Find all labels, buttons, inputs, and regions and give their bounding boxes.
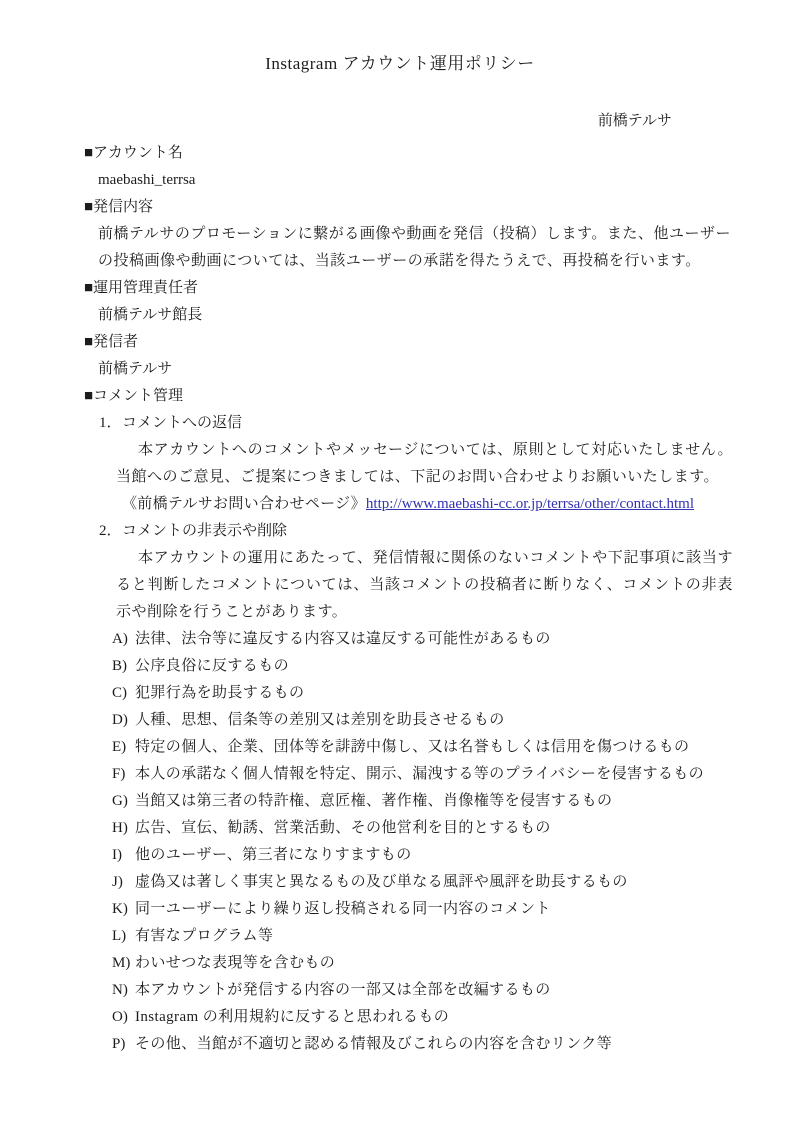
prohibited-item-letter: N) xyxy=(112,977,135,1004)
prohibited-item-text: Instagram の利用規約に反すると思われるもの xyxy=(135,1004,449,1031)
comment-hide-delete-number: 2． xyxy=(99,518,122,545)
prohibited-item-text: 公序良俗に反するもの xyxy=(135,653,289,680)
prohibited-item-text: 人種、思想、信条等の差別又は差別を助長させるもの xyxy=(135,707,505,734)
prohibited-item-text: 犯罪行為を助長するもの xyxy=(135,680,304,707)
prohibited-item: M) わいせつな表現等を含むもの xyxy=(112,950,800,977)
prohibited-item-letter: F) xyxy=(112,761,135,788)
subsection-comment-hide-delete: 2． コメントの非表示や削除 本アカウントの運用にあたって、発信情報に関係のない… xyxy=(0,518,800,1058)
prohibited-item-letter: A) xyxy=(112,626,135,653)
prohibited-item-letter: B) xyxy=(112,653,135,680)
prohibited-item: H) 広告、宣伝、勧誘、営業活動、その他営利を目的とするもの xyxy=(112,815,800,842)
prohibited-item-letter: O) xyxy=(112,1004,135,1031)
contact-link-line: 《前橋テルサお問い合わせページ》http://www.maebashi-cc.o… xyxy=(122,491,800,518)
prohibited-item-text: わいせつな表現等を含むもの xyxy=(135,950,335,977)
prohibited-item: K) 同一ユーザーにより繰り返し投稿される同一内容のコメント xyxy=(112,896,800,923)
contact-link-label: 《前橋テルサお問い合わせページ》 xyxy=(122,496,366,512)
comment-reply-title: コメントへの返信 xyxy=(122,410,242,437)
comment-hide-delete-title-line: 2． コメントの非表示や削除 xyxy=(99,518,800,545)
prohibited-item: J) 虚偽又は著しく事実と異なるもの及び単なる風評や風評を助長するもの xyxy=(112,869,800,896)
prohibited-item: N) 本アカウントが発信する内容の一部又は全部を改編するもの xyxy=(112,977,800,1004)
prohibited-item: G) 当館又は第三者の特許権、意匠権、著作権、肖像権等を侵害するもの xyxy=(112,788,800,815)
prohibited-item-text: 本人の承諾なく個人情報を特定、開示、漏洩する等のプライバシーを侵害するもの xyxy=(135,761,704,788)
prohibited-item-letter: D) xyxy=(112,707,135,734)
prohibited-item-text: 同一ユーザーにより繰り返し投稿される同一内容のコメント xyxy=(135,896,551,923)
account-name-value: maebashi_terrsa xyxy=(98,167,800,194)
prohibited-item: L) 有害なプログラム等 xyxy=(112,923,800,950)
prohibited-item-letter: I) xyxy=(112,842,135,869)
prohibited-item: E) 特定の個人、企業、団体等を誹謗中傷し、又は名誉もしくは信用を傷つけるもの xyxy=(112,734,800,761)
prohibited-item-text: 特定の個人、企業、団体等を誹謗中傷し、又は名誉もしくは信用を傷つけるもの xyxy=(135,734,689,761)
prohibited-item-text: 本アカウントが発信する内容の一部又は全部を改編するもの xyxy=(135,977,551,1004)
subsection-comment-reply: 1． コメントへの返信 本アカウントへのコメントやメッセージについては、原則とし… xyxy=(0,410,800,518)
document-title: Instagram アカウント運用ポリシー xyxy=(0,0,800,75)
prohibited-item-text: 広告、宣伝、勧誘、営業活動、その他営利を目的とするもの xyxy=(135,815,551,842)
prohibited-item-text: 有害なプログラム等 xyxy=(135,923,273,950)
prohibited-item-letter: M) xyxy=(112,950,135,977)
sender-heading: ■発信者 xyxy=(84,329,800,356)
prohibited-item: F) 本人の承諾なく個人情報を特定、開示、漏洩する等のプライバシーを侵害するもの xyxy=(112,761,800,788)
account-name-heading: ■アカウント名 xyxy=(84,140,800,167)
prohibited-item: C) 犯罪行為を助長するもの xyxy=(112,680,800,707)
prohibited-item-letter: P) xyxy=(112,1031,135,1058)
prohibited-item-letter: G) xyxy=(112,788,135,815)
post-content-paragraph: 前橋テルサのプロモーションに繋がる画像や動画を発信（投稿）します。また、他ユーザ… xyxy=(98,221,731,275)
prohibited-items-list: A) 法律、法令等に違反する内容又は違反する可能性があるもの B) 公序良俗に反… xyxy=(0,626,800,1058)
prohibited-item-text: その他、当館が不適切と認める情報及びこれらの内容を含むリンク等 xyxy=(135,1031,612,1058)
prohibited-item-text: 法律、法令等に違反する内容又は違反する可能性があるもの xyxy=(135,626,551,653)
prohibited-item-letter: J) xyxy=(112,869,135,896)
section-comment-management: ■コメント管理 1． コメントへの返信 本アカウントへのコメントやメッセージにつ… xyxy=(0,383,800,1058)
prohibited-item: A) 法律、法令等に違反する内容又は違反する可能性があるもの xyxy=(112,626,800,653)
operation-manager-value: 前橋テルサ館長 xyxy=(98,302,800,329)
document-page: Instagram アカウント運用ポリシー 前橋テルサ ■アカウント名 maeb… xyxy=(0,0,800,1131)
document-author: 前橋テルサ xyxy=(0,108,800,135)
section-sender: ■発信者 前橋テルサ xyxy=(0,329,800,383)
prohibited-item-text: 当館又は第三者の特許権、意匠権、著作権、肖像権等を侵害するもの xyxy=(135,788,612,815)
prohibited-item-letter: L) xyxy=(112,923,135,950)
prohibited-item: P) その他、当館が不適切と認める情報及びこれらの内容を含むリンク等 xyxy=(112,1031,800,1058)
prohibited-item-text: 虚偽又は著しく事実と異なるもの及び単なる風評や風評を助長するもの xyxy=(135,869,628,896)
comment-hide-delete-paragraph: 本アカウントの運用にあたって、発信情報に関係のないコメントや下記事項に該当すると… xyxy=(116,545,733,626)
prohibited-item-letter: K) xyxy=(112,896,135,923)
prohibited-item: O) Instagram の利用規約に反すると思われるもの xyxy=(112,1004,800,1031)
document-body: ■アカウント名 maebashi_terrsa ■発信内容 前橋テルサのプロモー… xyxy=(0,140,800,1058)
comment-hide-delete-title: コメントの非表示や削除 xyxy=(122,518,287,545)
comment-reply-number: 1． xyxy=(99,410,122,437)
section-account-name: ■アカウント名 maebashi_terrsa xyxy=(0,140,800,194)
comment-reply-title-line: 1． コメントへの返信 xyxy=(99,410,800,437)
prohibited-item-text: 他のユーザー、第三者になりすますもの xyxy=(135,842,412,869)
prohibited-item: D) 人種、思想、信条等の差別又は差別を助長させるもの xyxy=(112,707,800,734)
prohibited-item-letter: C) xyxy=(112,680,135,707)
prohibited-item-letter: H) xyxy=(112,815,135,842)
prohibited-item-letter: E) xyxy=(112,734,135,761)
section-post-content: ■発信内容 前橋テルサのプロモーションに繋がる画像や動画を発信（投稿）します。ま… xyxy=(0,194,800,275)
comment-reply-paragraph: 本アカウントへのコメントやメッセージについては、原則として対応いたしません。当館… xyxy=(116,437,733,491)
prohibited-item: B) 公序良俗に反するもの xyxy=(112,653,800,680)
sender-value: 前橋テルサ xyxy=(98,356,800,383)
comment-management-heading: ■コメント管理 xyxy=(84,383,800,410)
operation-manager-heading: ■運用管理責任者 xyxy=(84,275,800,302)
contact-page-link[interactable]: http://www.maebashi-cc.or.jp/terrsa/othe… xyxy=(366,496,694,512)
section-operation-manager: ■運用管理責任者 前橋テルサ館長 xyxy=(0,275,800,329)
prohibited-item: I) 他のユーザー、第三者になりすますもの xyxy=(112,842,800,869)
post-content-heading: ■発信内容 xyxy=(84,194,800,221)
